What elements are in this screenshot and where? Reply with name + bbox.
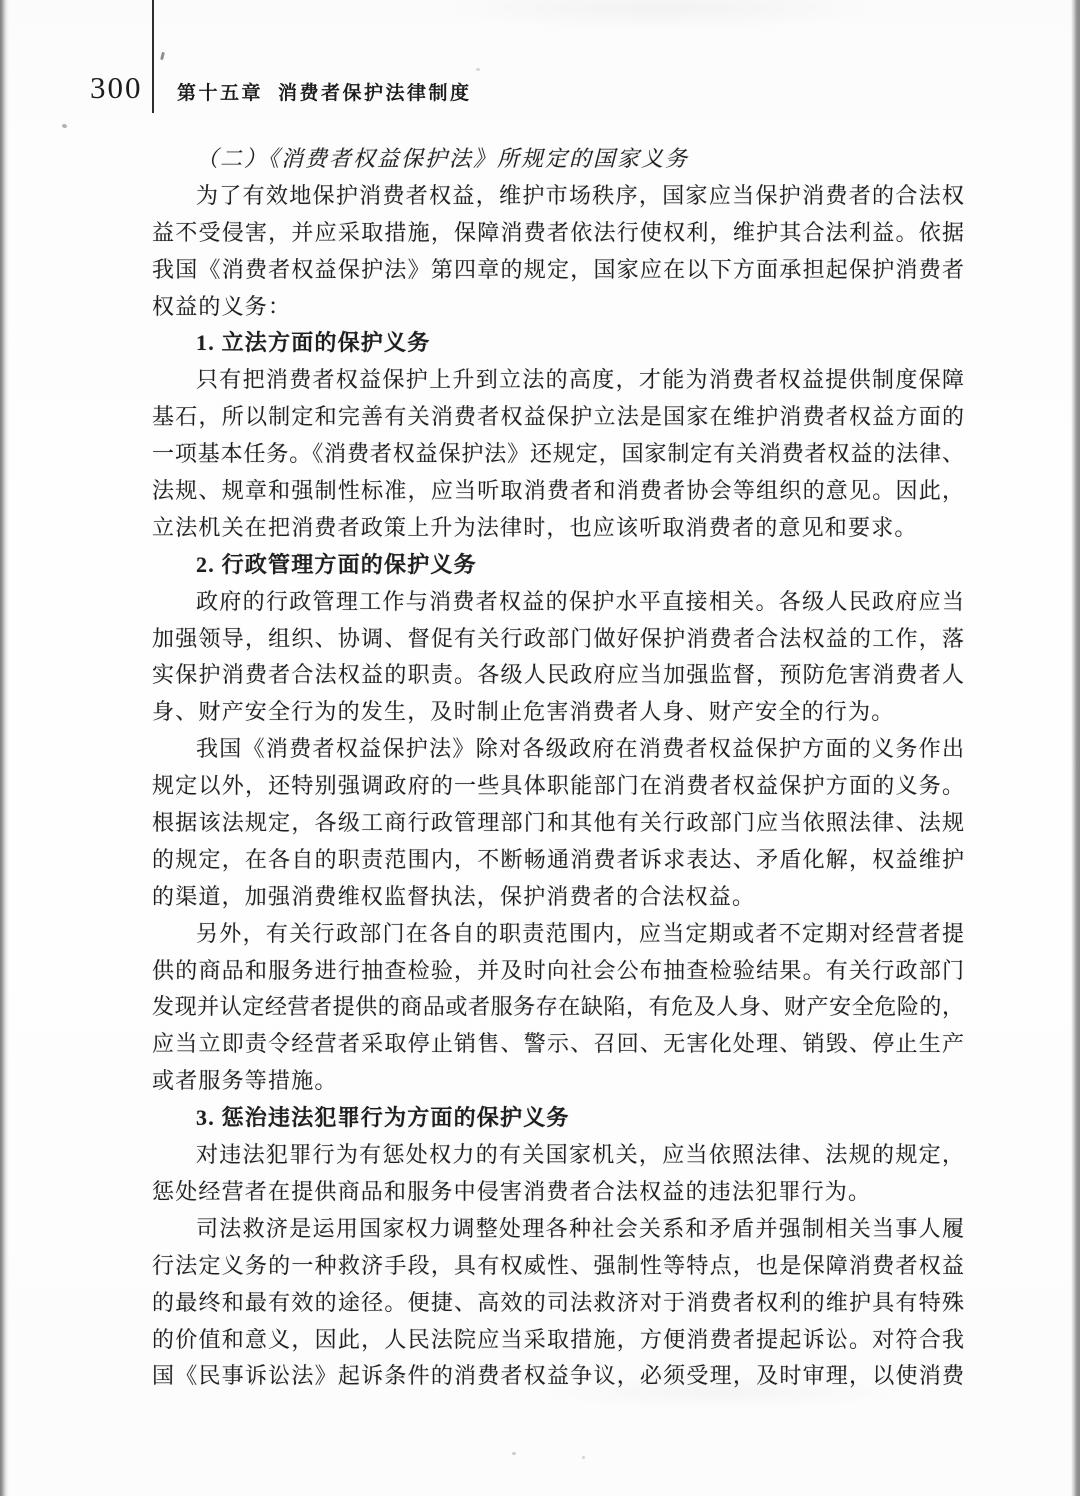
text-line: 应当立即责令经营者采取停止销售、警示、召回、无害化处理、销毁、停止生产 — [152, 1026, 964, 1063]
text-line: 1. 立法方面的保护义务 — [152, 325, 964, 362]
text-line: 对违法犯罪行为有惩处权力的有关国家机关，应当依照法律、法规的规定， — [152, 1137, 964, 1174]
scan-edge-right — [1071, 0, 1080, 1496]
text-line: 我国《消费者权益保护法》除对各级政府在消费者权益保护方面的义务作出 — [152, 731, 964, 768]
scan-speck — [160, 52, 165, 60]
scan-speck — [582, 1456, 585, 1459]
text-line: 另外，有关行政部门在各自的职责范围内，应当定期或者不定期对经营者提 — [152, 916, 964, 953]
text-line: 或者服务等措施。 — [152, 1063, 964, 1100]
text-line: 法规、规章和强制性标准，应当听取消费者和消费者协会等组织的意见。因此， — [152, 473, 964, 510]
text-line: 根据该法规定，各级工商行政管理部门和其他有关行政部门应当依照法律、法规 — [152, 805, 964, 842]
running-header: 第十五章消费者保护法律制度 — [177, 78, 472, 105]
text-line: 加强领导，组织、协调、督促有关行政部门做好保护消费者合法权益的工作，落 — [152, 621, 964, 658]
scan-edge-left — [0, 0, 9, 1496]
text-line: 规定以外，还特别强调政府的一些具体职能部门在消费者权益保护方面的义务。 — [152, 768, 964, 805]
scan-speck — [61, 123, 67, 128]
text-line: 立法机关在把消费者政策上升为法律时，也应该听取消费者的意见和要求。 — [152, 510, 964, 547]
text-line: 的渠道，加强消费维权监督执法，保护消费者的合法权益。 — [152, 879, 964, 916]
scan-speck — [476, 68, 480, 71]
text-line: （二）《消费者权益保护法》所规定的国家义务 — [152, 141, 964, 178]
text-line: 司法救济是运用国家权力调整处理各种社会关系和矛盾并强制相关当事人履 — [152, 1211, 964, 1248]
chapter-title: 消费者保护法律制度 — [278, 83, 472, 104]
text-line: 益不受侵害，并应采取措施，保障消费者依法行使权利，维护其合法利益。依据 — [152, 215, 964, 252]
text-line: 一项基本任务。《消费者权益保护法》还规定，国家制定有关消费者权益的法律、 — [152, 436, 964, 473]
text-line: 惩处经营者在提供商品和服务中侵害消费者合法权益的违法犯罪行为。 — [152, 1174, 964, 1211]
text-line: 实保护消费者合法权益的职责。各级人民政府应当加强监督，预防危害消费者人 — [152, 657, 964, 694]
scan-speck — [512, 1452, 516, 1455]
book-page: 300 第十五章消费者保护法律制度 （二）《消费者权益保护法》所规定的国家义务为… — [0, 0, 1080, 1496]
text-line: 供的商品和服务进行抽查检验，并及时向社会公布抽查检验结果。有关行政部门 — [152, 953, 964, 990]
text-line: 只有把消费者权益保护上升到立法的高度，才能为消费者权益提供制度保障 — [152, 362, 964, 399]
text-line: 行法定义务的一种救济手段，具有权威性、强制性等特点，也是保障消费者权益 — [152, 1248, 964, 1285]
text-line: 政府的行政管理工作与消费者权益的保护水平直接相关。各级人民政府应当 — [152, 584, 964, 621]
text-line: 发现并认定经营者提供的商品或者服务存在缺陷，有危及人身、财产安全危险的， — [152, 989, 964, 1026]
header-divider — [152, 0, 154, 113]
text-line: 基石，所以制定和完善有关消费者权益保护立法是国家在维护消费者权益方面的 — [152, 399, 964, 436]
text-line: 权益的义务： — [152, 289, 964, 326]
text-line: 国《民事诉讼法》起诉条件的消费者权益争议，必须受理，及时审理，以使消费 — [152, 1358, 964, 1395]
chapter-label: 第十五章 — [177, 83, 263, 104]
text-line: 的最终和最有效的途径。便捷、高效的司法救济对于消费者权利的维护具有特殊 — [152, 1285, 964, 1322]
text-line: 为了有效地保护消费者权益，维护市场秩序，国家应当保护消费者的合法权 — [152, 178, 964, 215]
text-line: 的规定，在各自的职责范围内，不断畅通消费者诉求表达、矛盾化解，权益维护 — [152, 842, 964, 879]
text-line: 2. 行政管理方面的保护义务 — [152, 547, 964, 584]
text-line: 的价值和意义，因此，人民法院应当采取措施，方便消费者提起诉讼。对符合我 — [152, 1322, 964, 1359]
page-body: （二）《消费者权益保护法》所规定的国家义务为了有效地保护消费者权益，维护市场秩序… — [152, 141, 964, 1395]
text-line: 我国《消费者权益保护法》第四章的规定，国家应在以下方面承担起保护消费者 — [152, 252, 964, 289]
page-number: 300 — [90, 70, 143, 106]
text-line: 3. 惩治违法犯罪行为方面的保护义务 — [152, 1100, 964, 1137]
text-line: 身、财产安全行为的发生，及时制止危害消费者人身、财产安全的行为。 — [152, 694, 964, 731]
